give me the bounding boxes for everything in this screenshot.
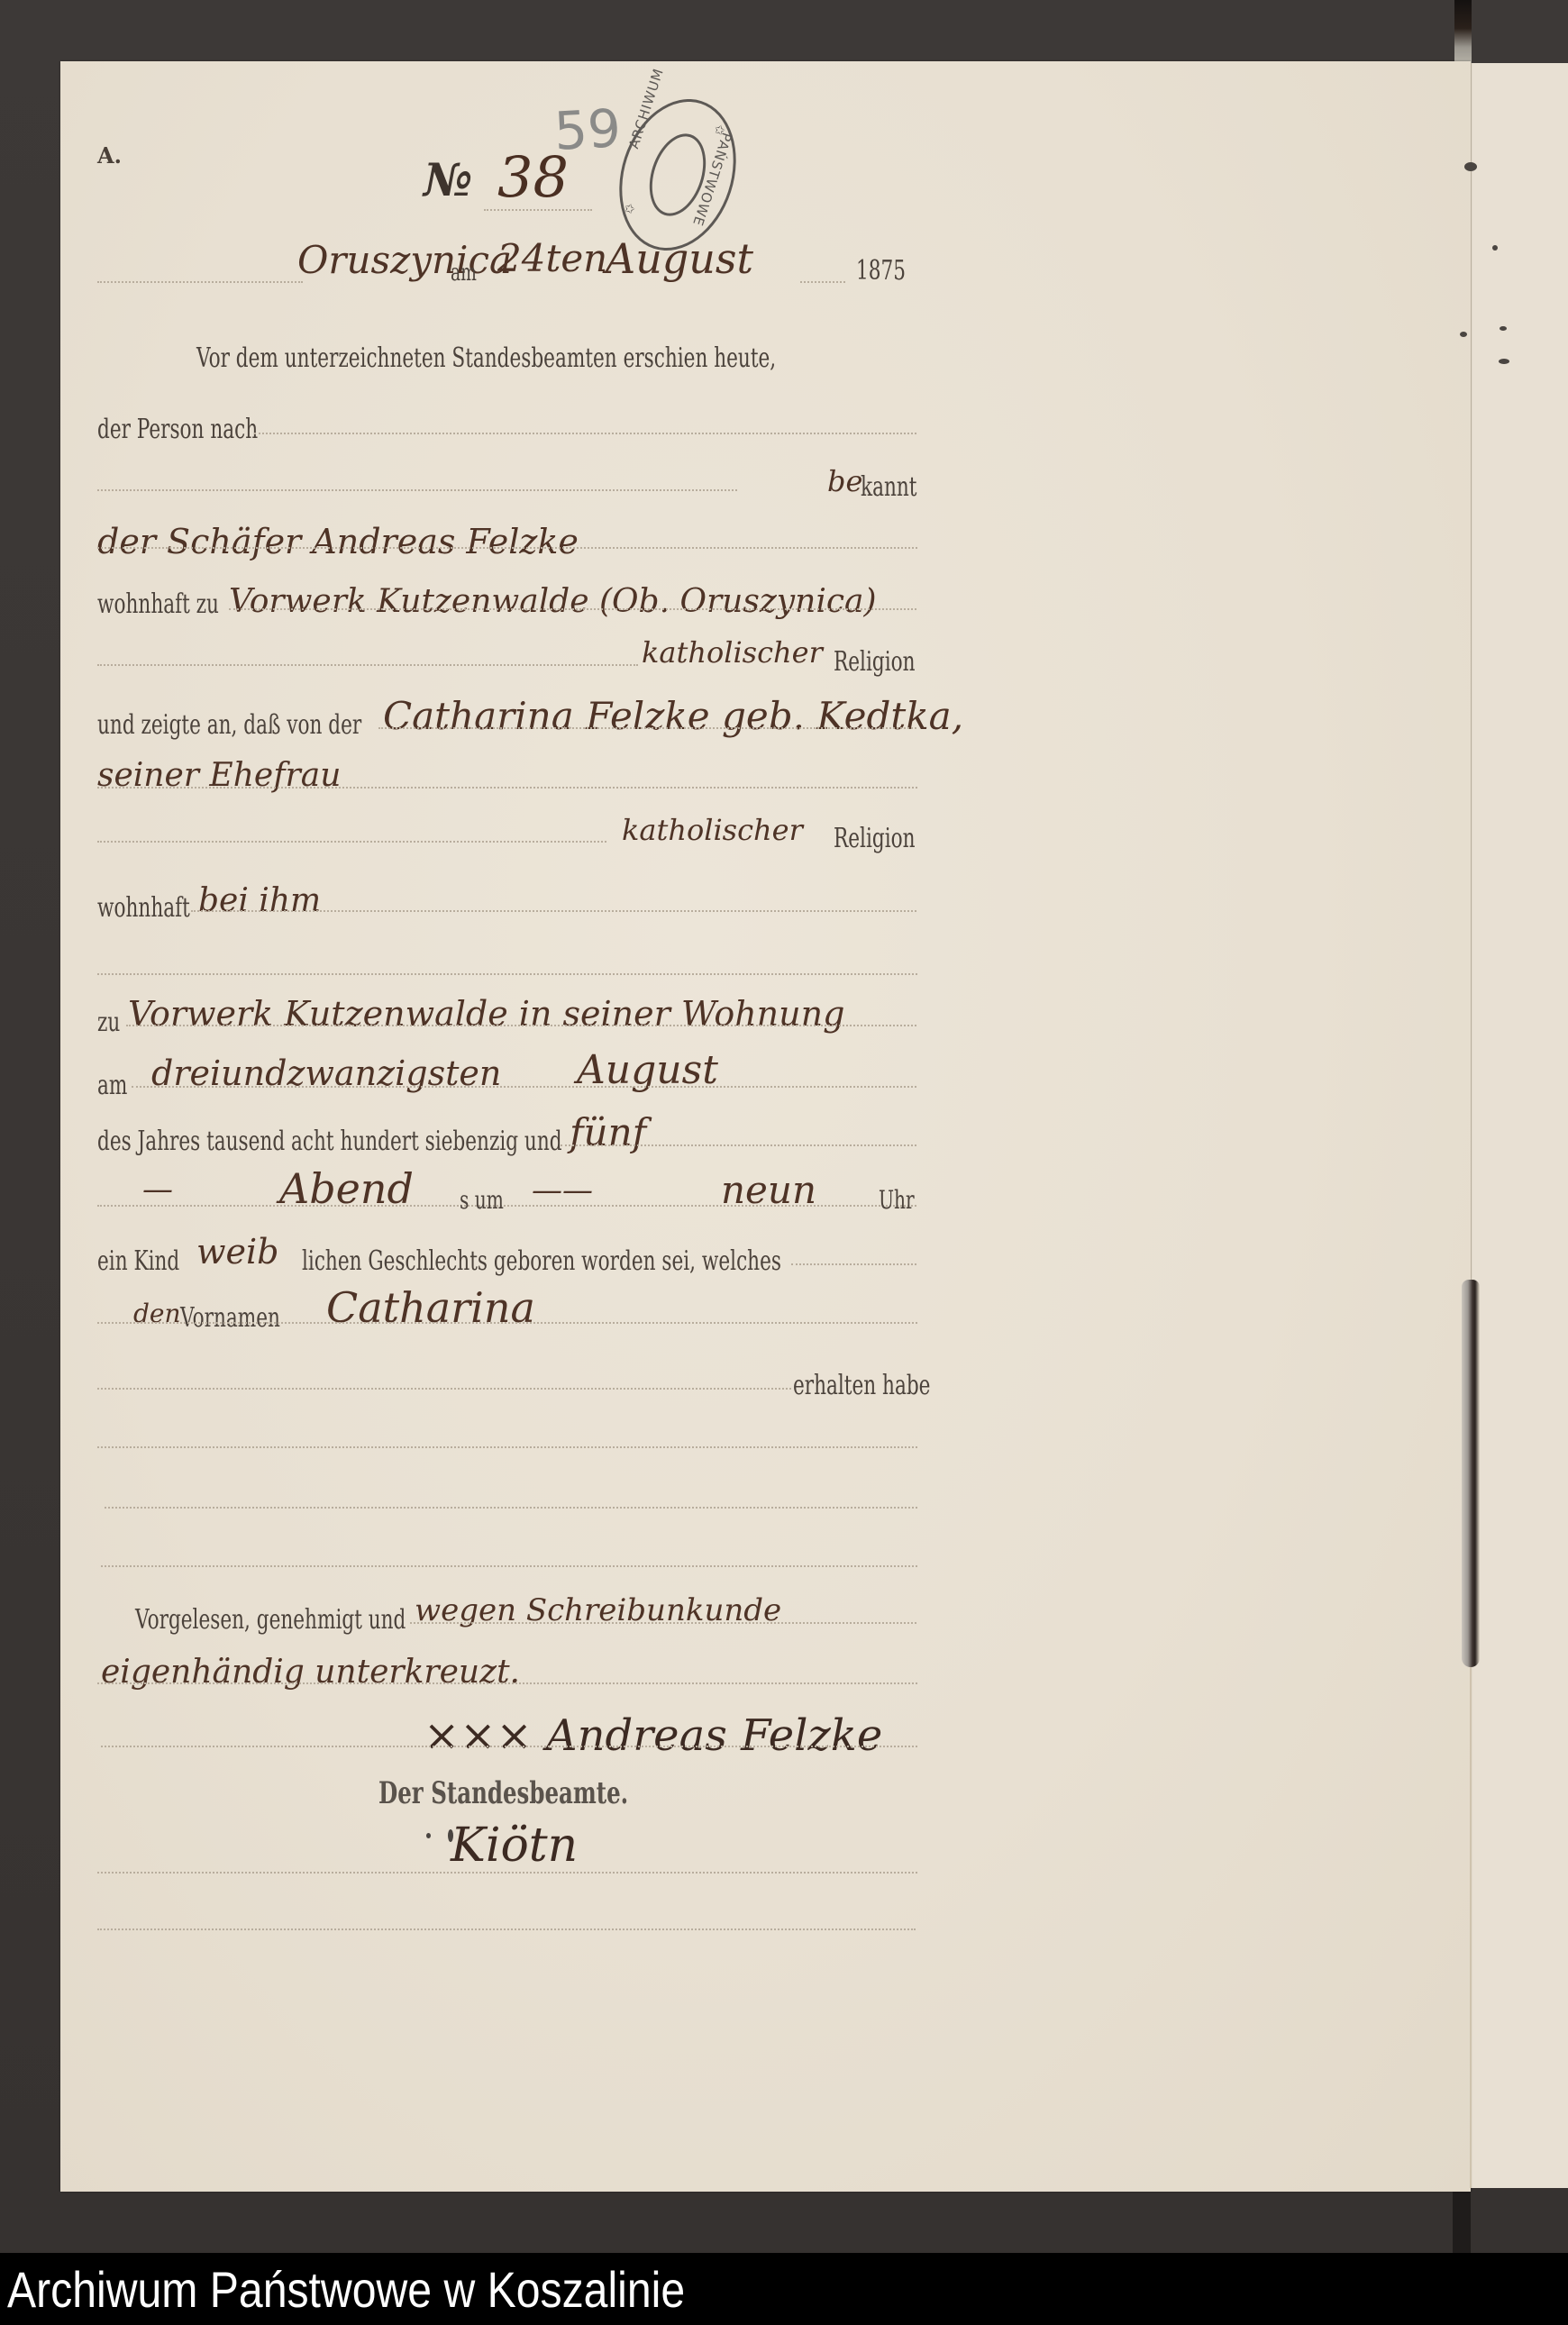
form-rule — [101, 1746, 917, 1747]
paper-speck — [1460, 332, 1467, 337]
number-sign: № — [424, 153, 472, 206]
form-rule — [561, 1144, 916, 1146]
informant-signature: ××× Andreas Felzke — [424, 1710, 882, 1761]
form-rule — [410, 1622, 916, 1624]
time-um-label: s um — [460, 1188, 504, 1213]
form-rule — [191, 910, 916, 912]
religion2-hand: katholischer — [622, 816, 803, 844]
form-rule — [97, 841, 606, 843]
form-rule — [378, 727, 916, 729]
place-hand: Oruszynica — [297, 242, 512, 279]
star-icon: ✩ — [622, 201, 636, 218]
archive-name: Archiwum Państwowe w Koszalinie — [7, 2260, 685, 2319]
ink-blot — [448, 1829, 453, 1842]
residence-hand: Vorwerk Kutzenwalde (Ob. Oruszynica) — [229, 586, 877, 618]
date-year-label: 1875 — [856, 258, 906, 285]
form-rule — [97, 1446, 917, 1448]
archive-footer: Archiwum Państwowe w Koszalinie — [0, 2253, 1568, 2325]
religion1-hand: katholischer — [642, 638, 823, 667]
birth-month-hand: August — [577, 1051, 718, 1090]
fold-crease — [1470, 1667, 1472, 2188]
time-part-hand: Abend — [279, 1168, 414, 1209]
record-number-rule — [484, 209, 592, 211]
date-label: am — [97, 1072, 127, 1099]
time-hour-hand: neun — [721, 1172, 816, 1209]
form-rule — [97, 489, 737, 491]
read-hand: wegen Schreibunkunde — [415, 1595, 781, 1626]
form-rule — [97, 1928, 916, 1930]
known-label: kannt — [861, 474, 916, 501]
child-label-b: lichen Geschlechts geboren worden sei, w… — [302, 1248, 781, 1275]
pencil-folio-number: 59 — [552, 97, 622, 162]
mother-residence-label: wohnhaft — [97, 895, 190, 922]
registrar-signature: Kiötn — [451, 1819, 578, 1873]
form-rule — [97, 664, 638, 666]
year-label: des Jahres tausend acht hundert siebenzi… — [97, 1128, 562, 1155]
date-am-label: am — [451, 261, 477, 285]
religion-label: Religion — [834, 825, 916, 852]
form-rule — [97, 547, 917, 549]
name-label: Vornamen — [180, 1305, 280, 1332]
form-rule — [101, 1565, 917, 1567]
date-day-hand: 24ten — [497, 240, 607, 278]
binding-gap-bottom — [1453, 2188, 1471, 2253]
form-rule — [791, 1263, 916, 1265]
child-label-a: ein Kind — [97, 1248, 179, 1275]
right-page-edge — [1471, 63, 1568, 2188]
form-letter: A. — [97, 142, 122, 169]
form-rule — [105, 1507, 917, 1509]
binding-gap-top — [1454, 0, 1472, 63]
paper-speck — [1500, 326, 1507, 331]
child-sex-hand: weib — [196, 1235, 279, 1269]
received-label: erhalten habe — [793, 1372, 930, 1400]
form-rule — [229, 608, 916, 610]
form-rule — [97, 1322, 917, 1324]
date-month-hand: August — [606, 238, 753, 279]
dash-hand: — — [142, 1174, 173, 1205]
residence-label: wohnhaft zu — [97, 591, 219, 618]
paper-speck — [1499, 359, 1509, 364]
mother-residence-hand: bei ihm — [198, 885, 321, 917]
known-hand: be — [827, 467, 862, 496]
paper-speck — [1492, 245, 1498, 251]
informant-hand: der Schäfer Andreas Felzke — [97, 524, 579, 559]
religion-label: Religion — [834, 649, 916, 676]
ink-blot — [426, 1833, 431, 1838]
form-rule — [97, 1388, 791, 1390]
intro-text: Vor dem unterzeichneten Standesbeamten e… — [196, 345, 776, 372]
registrar-label: Der Standesbeamte. — [378, 1778, 628, 1809]
form-rule — [97, 973, 917, 975]
paper-speck — [1464, 162, 1477, 171]
announce-label: und zeigte an, daß von der — [97, 712, 361, 739]
mother-hand: Catharina Felzke geb. Kedtka, — [383, 697, 963, 735]
form-rule — [97, 1682, 917, 1684]
form-rule — [132, 1086, 916, 1088]
birthplace-label: zu — [97, 1009, 120, 1036]
form-rule — [126, 1025, 916, 1026]
dash-hand: —— — [532, 1175, 593, 1206]
date-rule — [800, 281, 845, 283]
read-label: Vorgelesen, genehmigt und — [135, 1607, 406, 1634]
time-uhr-label: Uhr — [879, 1188, 915, 1213]
form-rule — [254, 433, 916, 434]
fold-tear — [1462, 1280, 1480, 1667]
person-label: der Person nach — [97, 416, 258, 443]
form-rule — [97, 1872, 917, 1874]
date-rule — [97, 281, 303, 283]
form-rule — [97, 787, 917, 789]
